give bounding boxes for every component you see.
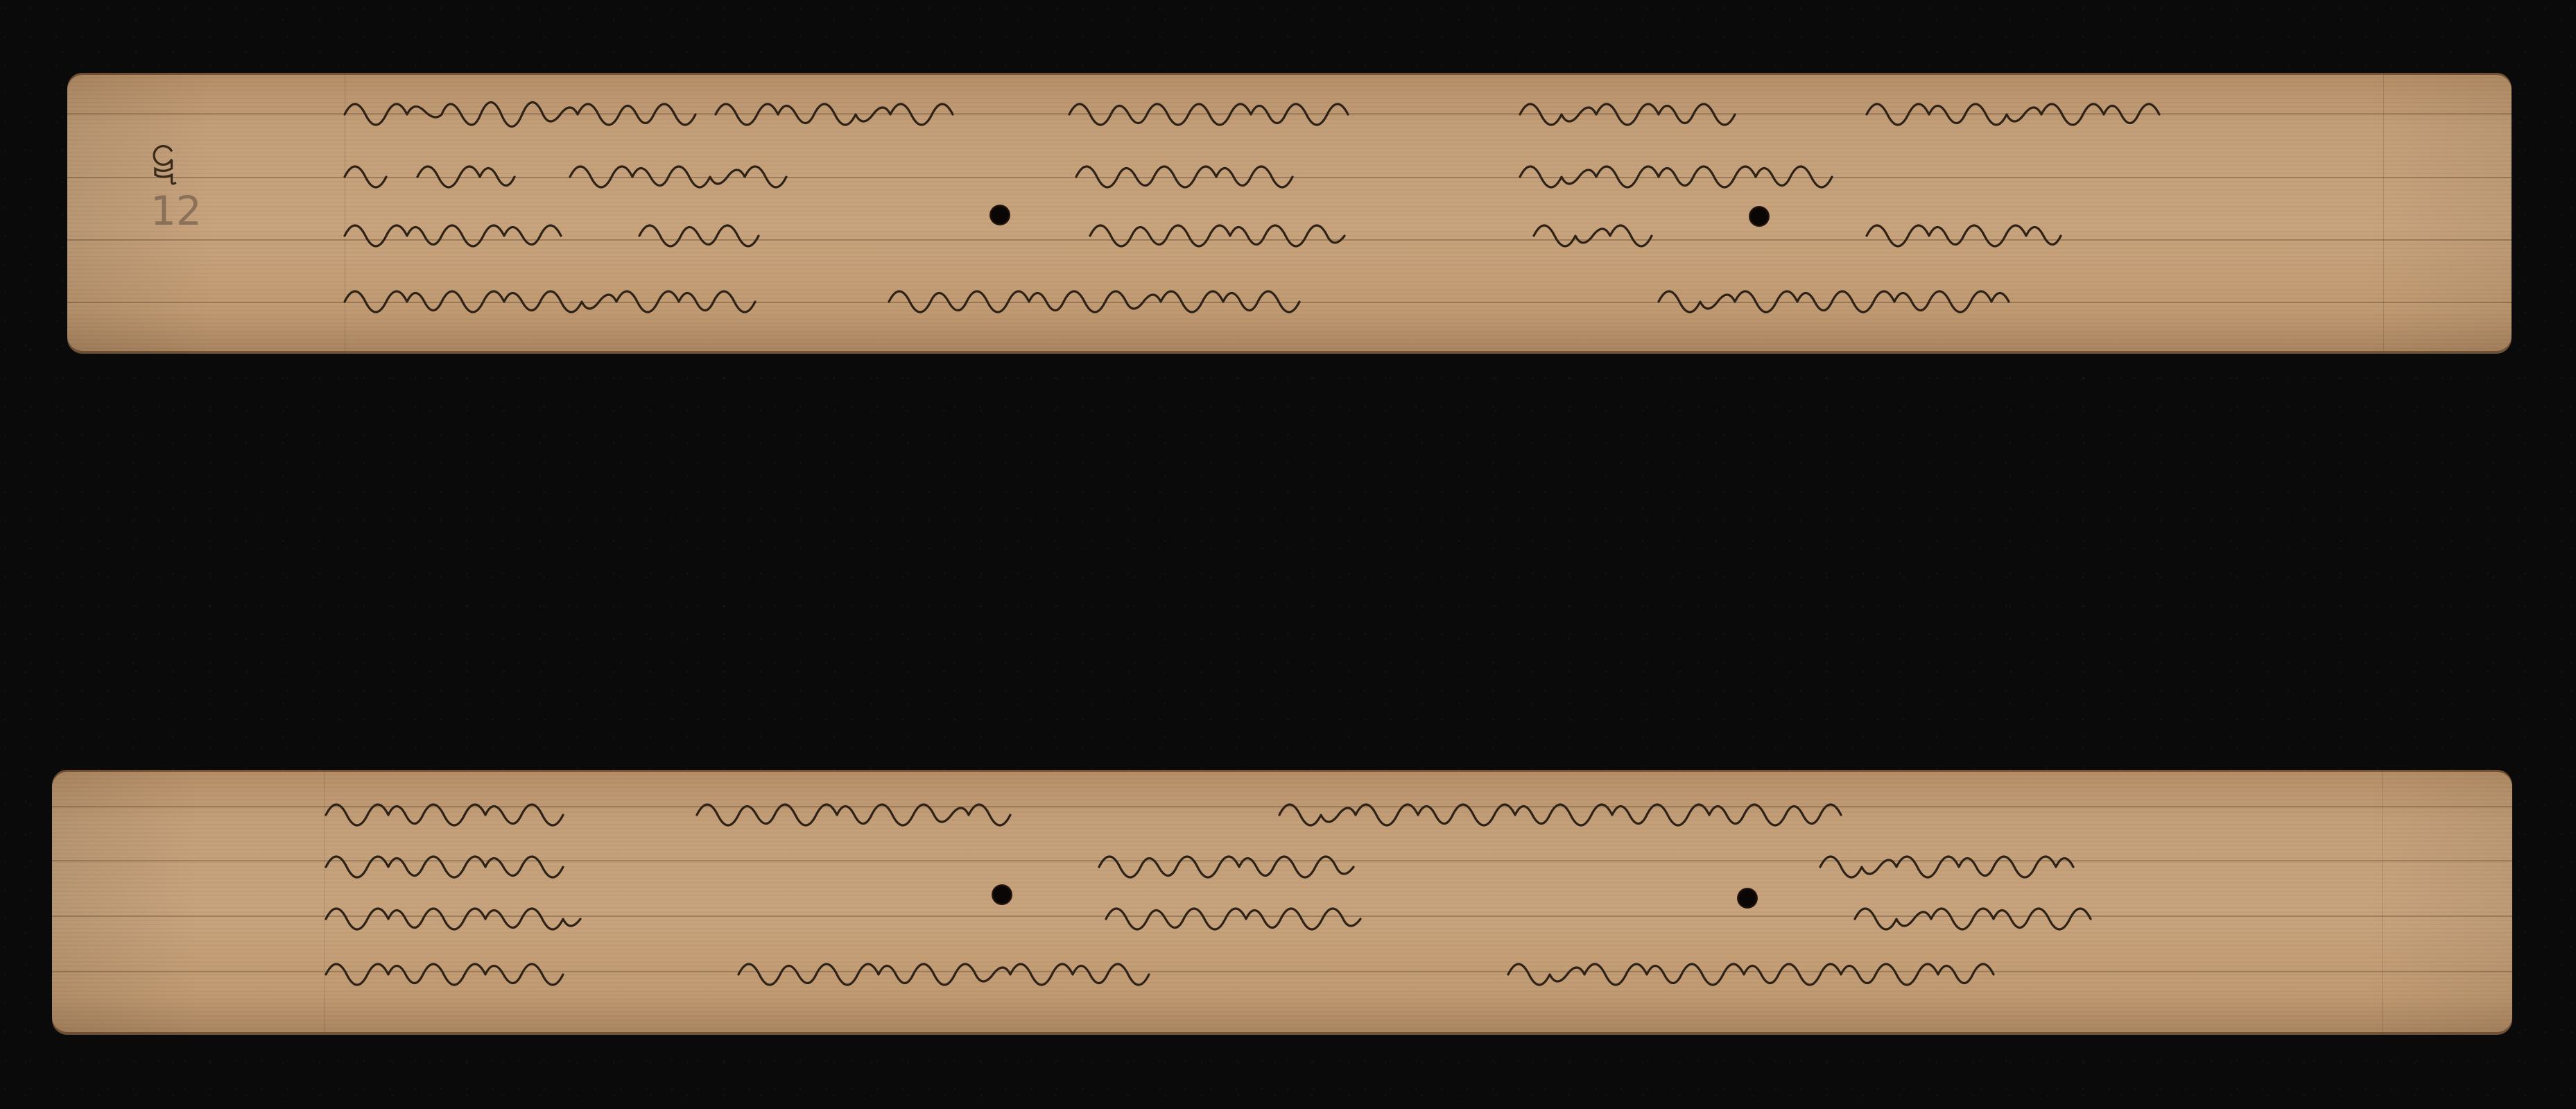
- script-text: [341, 270, 2380, 319]
- manuscript-line-1: [341, 83, 2387, 132]
- palm-leaf-bottom: [52, 770, 2512, 1035]
- script-text: [341, 205, 2380, 253]
- palm-leaf-top: ဋ 12: [67, 73, 2512, 354]
- script-text: [322, 888, 2382, 936]
- folio-number: 12: [150, 191, 202, 231]
- manuscript-line-3: [341, 205, 2387, 253]
- script-text: [322, 943, 2382, 992]
- manuscript-line-4: [322, 943, 2389, 992]
- folio-glyph: ဋ: [150, 128, 202, 173]
- manuscript-line-2: [322, 836, 2389, 884]
- script-text: [341, 146, 2380, 194]
- script-text: [322, 836, 2382, 884]
- manuscript-line-3: [322, 888, 2389, 936]
- folio-marker: ဋ 12: [150, 128, 202, 231]
- manuscript-line-4: [341, 270, 2387, 319]
- script-text: [322, 784, 2382, 832]
- script-text: [341, 83, 2380, 132]
- manuscript-line-2: [341, 146, 2387, 194]
- manuscript-line-1: [322, 784, 2389, 832]
